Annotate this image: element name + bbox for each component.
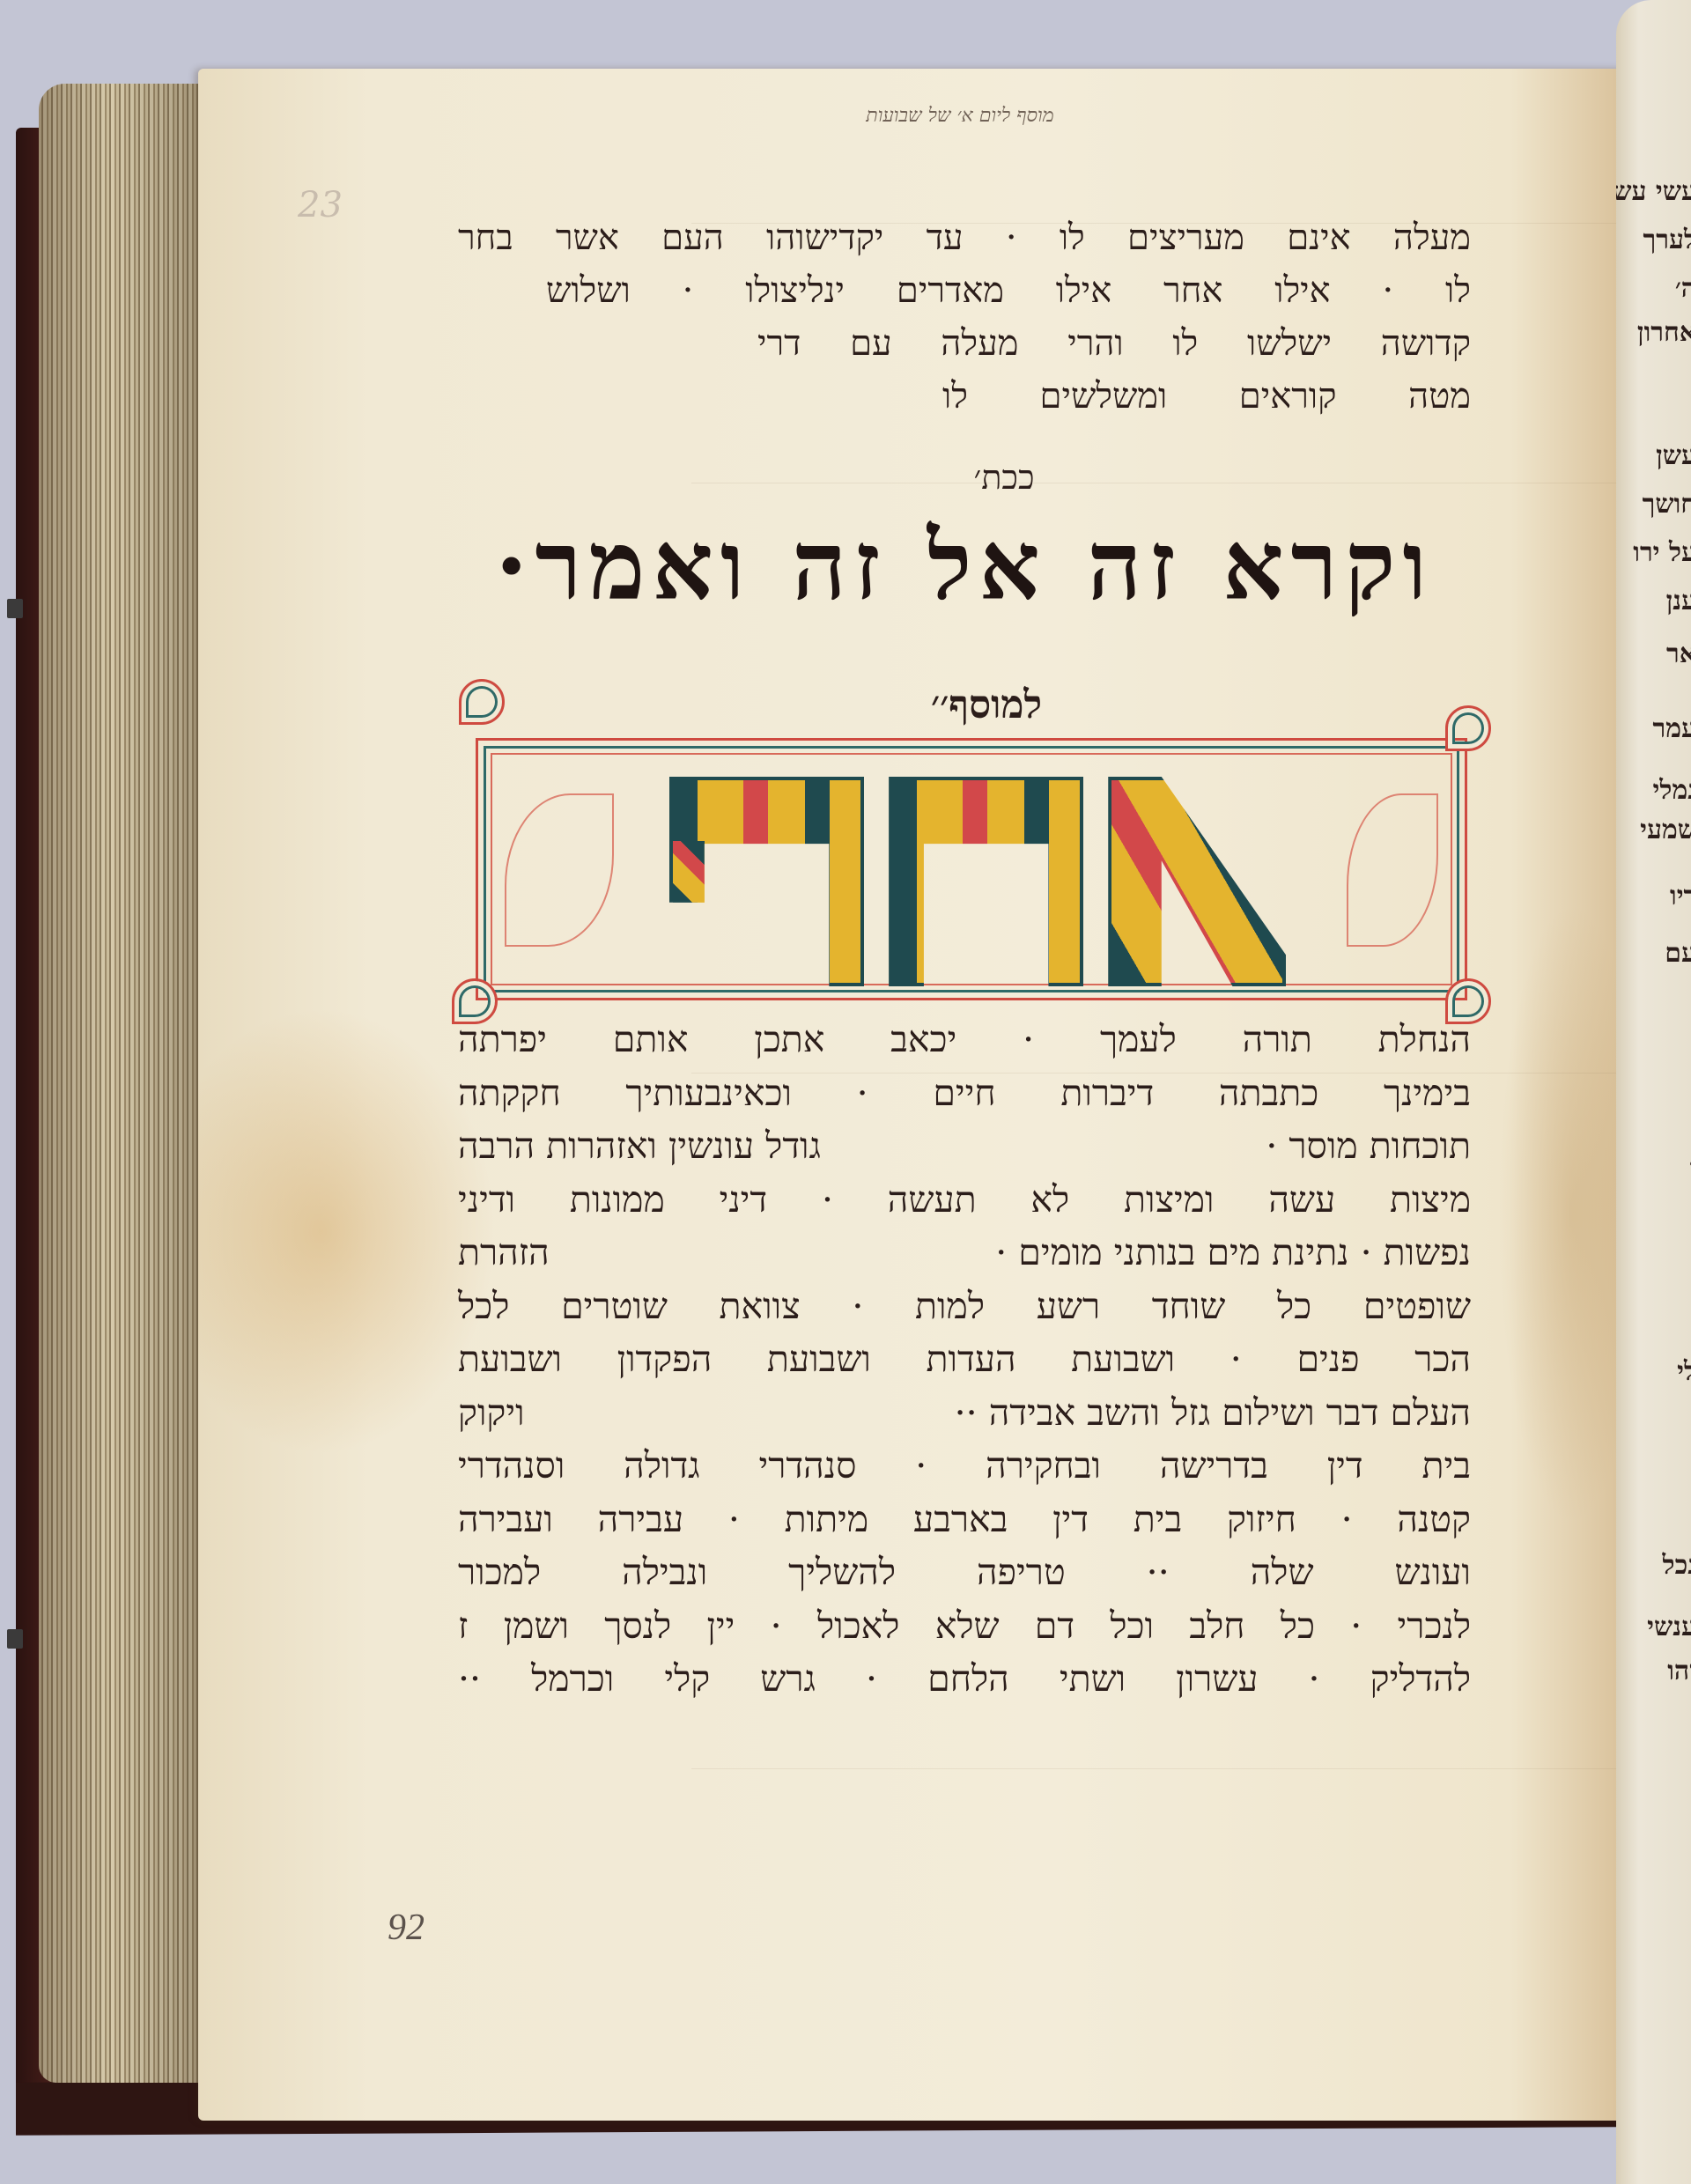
facing-fragment: אר (1666, 638, 1691, 669)
text-line: מעלה אינם מעריצים לו · עד יקדישוהו העם א… (458, 211, 1471, 264)
illuminated-letter-he (669, 777, 864, 986)
ruling-line (691, 1768, 1669, 1769)
panel-caption: למוסף׳׳ (881, 682, 1092, 727)
text-line: נפשות · נתינת מים בנותני מומים · הזהרת (458, 1226, 1471, 1280)
text-line: לנכרי · כל חלב וכל דם שלא לאכול · יין לנ… (458, 1599, 1471, 1653)
facing-fragment: לערך (1643, 225, 1691, 255)
text-line: העלם דבר ושילום גזל והשב אבידה ·· ויקוק (458, 1386, 1471, 1440)
facing-fragment: נמלי (1653, 775, 1691, 806)
frame-corner-flourish (1445, 705, 1491, 751)
facing-fragment: חושך (1643, 489, 1691, 520)
text-segment: העלם דבר ושילום גזל והשב אבידה ·· (955, 1386, 1471, 1440)
text-line: הכר פנים · ושבועת העדות ושבועת הפקדון וש… (458, 1332, 1471, 1386)
text-segment: גודל עונשין ואזהרות הרבה (458, 1119, 821, 1173)
pencil-folio-number: 23 (298, 185, 343, 225)
running-head: מוסף ליום א׳ של שבועות (828, 104, 1092, 127)
text-line: שופטים כל שוחד רשע למות · צוואת שוטרים ל… (458, 1280, 1471, 1333)
facing-fragment: אחרון (1637, 317, 1691, 348)
text-line: מיצות עשה ומיצות לא תעשה · דיני ממונות ו… (458, 1173, 1471, 1227)
text-block-body: הנחלת תורה לעמך · יכאב אתכן אותם יפרתה ב… (458, 1013, 1471, 1706)
facing-fragment: ענן (1666, 586, 1691, 616)
display-heading: וקרא זה אל זה ואמר· (458, 511, 1471, 623)
text-segment: הזהרת (458, 1226, 550, 1280)
text-segment: נפשות · נתינת מים בנותני מומים · (995, 1226, 1471, 1280)
illuminated-word (669, 775, 1286, 986)
text-block-top: מעלה אינם מעריצים לו · עד יקדישוהו העם א… (458, 211, 1471, 423)
facing-fragment: עמר (1653, 713, 1691, 744)
facing-fragment: עשן (1656, 440, 1691, 471)
facing-fragment: עשי עשו (1616, 176, 1691, 207)
text-line: קדושה ישלשו לו והרי מעלה עם דרי (757, 317, 1471, 370)
facing-fragment: על ירו (1633, 537, 1691, 568)
text-line: תוכחות מוסר · גודל עונשין ואזהרות הרבה (458, 1119, 1471, 1173)
text-line: להדליק · עשרון ושתי הלחם · גרש קלי וכרמל… (458, 1652, 1471, 1706)
facing-fragment: ענשי (1647, 1612, 1691, 1642)
facing-fragment: ה׳ (1675, 273, 1691, 304)
text-segment: תוכחות מוסר · (1266, 1119, 1471, 1173)
folio-number: 92 (388, 1907, 425, 1949)
text-line: הנחלת תורה לעמך · יכאב אתכן אותם יפרתה (458, 1013, 1471, 1066)
text-line: בימינך כתבתה דיברות חיים · וכאינבעותיך ח… (458, 1066, 1471, 1120)
manuscript-photo: עשי עשו לערך ה׳ אחרון עשן חושך על ירו ענ… (0, 0, 1691, 2184)
facing-fragment: נכל (1663, 1550, 1691, 1581)
text-line: לו · אילו אחר אילו מאדרים ינליצולו · ושל… (546, 264, 1471, 317)
facing-fragment: יהו (1667, 1656, 1691, 1686)
frame-corner-flourish (459, 679, 505, 725)
facing-fragment: דיו (1670, 881, 1691, 911)
text-line: קטנה · חיזוק בית דין בארבע מיתות · עבירה… (458, 1493, 1471, 1546)
facing-fragment: עם (1665, 938, 1691, 969)
clasp-lower (7, 1629, 23, 1649)
facing-fragment: שמעי (1640, 815, 1691, 845)
ruling-line (691, 483, 1669, 483)
text-segment: ויקוק (458, 1386, 525, 1440)
text-line: מטה קוראים ומשלשים לו (942, 370, 1471, 423)
facing-page-edge: עשי עשו לערך ה׳ אחרון עשן חושך על ירו ענ… (1616, 0, 1691, 2184)
facing-fragment: לי (1677, 1356, 1691, 1387)
clasp-upper (7, 599, 23, 618)
illuminated-letter-aleph (1108, 777, 1286, 986)
illuminated-letter-tav (889, 777, 1083, 986)
page-stack-shading (39, 84, 215, 2083)
letter-leg (673, 841, 705, 983)
section-abbrev: ככת׳ (925, 458, 1083, 498)
text-line: ועונש שלה ·· טריפה להשליך ונבילה למכור (458, 1546, 1471, 1599)
text-line: בית דין בדרישה ובחקירה · סנהדרי גדולה וס… (458, 1439, 1471, 1493)
